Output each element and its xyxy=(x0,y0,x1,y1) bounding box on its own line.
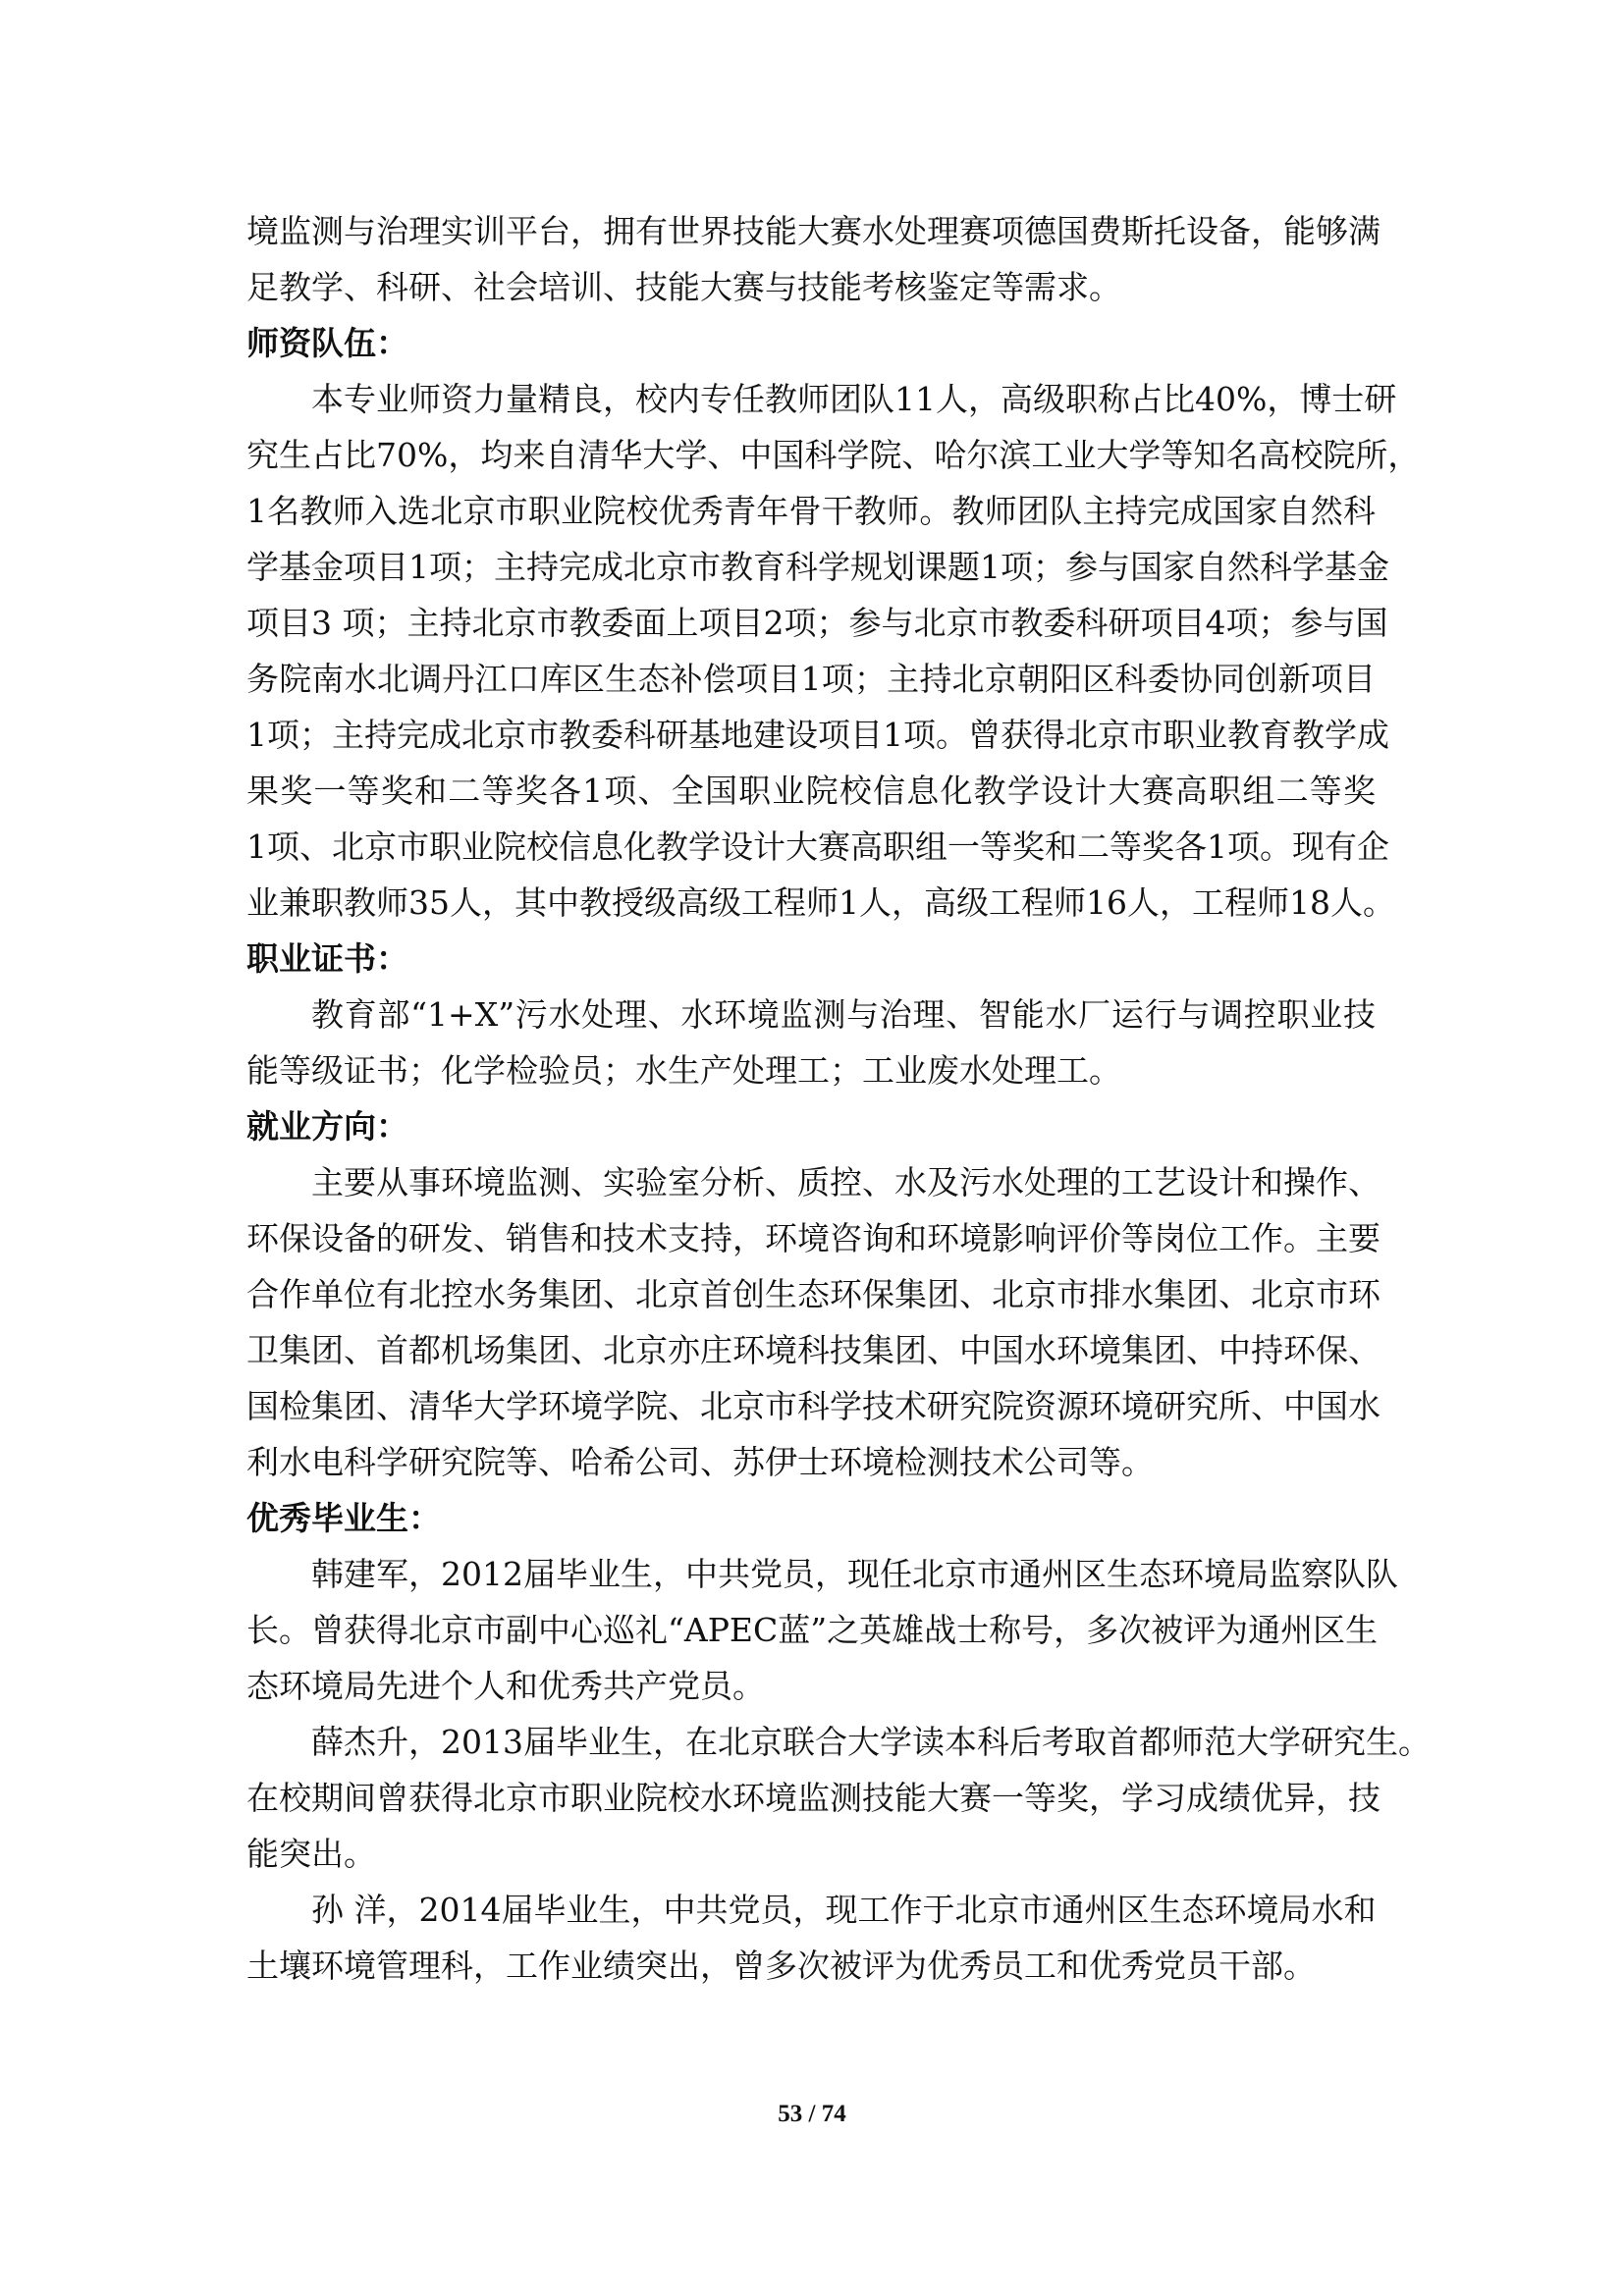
paragraph-line: 业兼职教师35人，其中教授级高级工程师1人，高级工程师16人，工程师18人。 xyxy=(246,875,1376,931)
paragraph-line: 孙 洋，2014届毕业生，中共党员，现工作于北京市通州区生态环境局水和 xyxy=(246,1882,1376,1938)
section-heading: 就业方向： xyxy=(246,1098,1376,1154)
graduate-paragraph-1: 韩建军，2012届毕业生，中共党员，现任北京市通州区生态环境局监察队队 长。曾获… xyxy=(246,1546,1376,1714)
certificates-paragraph: 教育部“1+X”污水处理、水环境监测与治理、智能水厂运行与调控职业技 能等级证书… xyxy=(246,987,1376,1098)
paragraph-line: 国检集团、清华大学环境学院、北京市科学技术研究院资源环境研究所、中国水 xyxy=(246,1378,1376,1434)
section-faculty: 师资队伍： 本专业师资力量精良，校内专任教师团队11人，高级职称占比40%，博士… xyxy=(246,315,1376,931)
section-employment: 就业方向： 主要从事环境监测、实验室分析、质控、水及污水处理的工艺设计和操作、 … xyxy=(246,1098,1376,1490)
paragraph-line: 在校期间曾获得北京市职业院校水环境监测技能大赛一等奖，学习成绩优异，技 xyxy=(246,1770,1376,1826)
paragraph-line: 务院南水北调丹江口库区生态补偿项目1项；主持北京朝阳区科委协同创新项目 xyxy=(246,651,1376,707)
paragraph-line: 主要从事环境监测、实验室分析、质控、水及污水处理的工艺设计和操作、 xyxy=(246,1154,1376,1210)
paragraph-line: 利水电科学研究院等、哈希公司、苏伊士环境检测技术公司等。 xyxy=(246,1434,1376,1490)
document-page: 境监测与治理实训平台，拥有世界技能大赛水处理赛项德国费斯托设备，能够满 足教学、… xyxy=(246,203,1376,1994)
section-graduates: 优秀毕业生： 韩建军，2012届毕业生，中共党员，现任北京市通州区生态环境局监察… xyxy=(246,1490,1376,1994)
paragraph-line: 项目3 项；主持北京市教委面上项目2项；参与北京市教委科研项目4项；参与国 xyxy=(246,595,1376,651)
paragraph-line: 环保设备的研发、销售和技术支持，环境咨询和环境影响评价等岗位工作。主要 xyxy=(246,1210,1376,1266)
section-heading: 优秀毕业生： xyxy=(246,1490,1376,1546)
section-certificates: 职业证书： 教育部“1+X”污水处理、水环境监测与治理、智能水厂运行与调控职业技… xyxy=(246,931,1376,1098)
paragraph-line: 薛杰升，2013届毕业生，在北京联合大学读本科后考取首都师范大学研究生。 xyxy=(246,1714,1376,1770)
paragraph-line: 教育部“1+X”污水处理、水环境监测与治理、智能水厂运行与调控职业技 xyxy=(246,987,1376,1042)
section-heading: 师资队伍： xyxy=(246,315,1376,371)
employment-paragraph: 主要从事环境监测、实验室分析、质控、水及污水处理的工艺设计和操作、 环保设备的研… xyxy=(246,1154,1376,1490)
paragraph-line: 卫集团、首都机场集团、北京亦庄环境科技集团、中国水环境集团、中持环保、 xyxy=(246,1322,1376,1378)
paragraph-line: 韩建军，2012届毕业生，中共党员，现任北京市通州区生态环境局监察队队 xyxy=(246,1546,1376,1602)
paragraph-line: 土壤环境管理科，工作业绩突出，曾多次被评为优秀员工和优秀党员干部。 xyxy=(246,1938,1376,1994)
paragraph-line: 果奖一等奖和二等奖各1项、全国职业院校信息化教学设计大赛高职组二等奖 xyxy=(246,763,1376,819)
paragraph-line: 合作单位有北控水务集团、北京首创生态环保集团、北京市排水集团、北京市环 xyxy=(246,1266,1376,1322)
paragraph-line: 境监测与治理实训平台，拥有世界技能大赛水处理赛项德国费斯托设备，能够满 xyxy=(246,203,1376,259)
paragraph-line: 能突出。 xyxy=(246,1826,1376,1882)
graduate-paragraph-2: 薛杰升，2013届毕业生，在北京联合大学读本科后考取首都师范大学研究生。 在校期… xyxy=(246,1714,1376,1882)
paragraph-line: 长。曾获得北京市副中心巡礼“APEC蓝”之英雄战士称号，多次被评为通州区生 xyxy=(246,1602,1376,1658)
paragraph-line: 能等级证书；化学检验员；水生产处理工；工业废水处理工。 xyxy=(246,1042,1376,1098)
paragraph-line: 1项、北京市职业院校信息化教学设计大赛高职组一等奖和二等奖各1项。现有企 xyxy=(246,819,1376,875)
paragraph-line: 态环境局先进个人和优秀共产党员。 xyxy=(246,1658,1376,1714)
graduate-paragraph-3: 孙 洋，2014届毕业生，中共党员，现工作于北京市通州区生态环境局水和 土壤环境… xyxy=(246,1882,1376,1994)
intro-paragraph: 境监测与治理实训平台，拥有世界技能大赛水处理赛项德国费斯托设备，能够满 足教学、… xyxy=(246,203,1376,315)
page-number: 53 / 74 xyxy=(0,2101,1624,2128)
paragraph-line: 1项；主持完成北京市教委科研基地建设项目1项。曾获得北京市职业教育教学成 xyxy=(246,707,1376,763)
paragraph-line: 究生占比70%，均来自清华大学、中国科学院、哈尔滨工业大学等知名高校院所， xyxy=(246,427,1376,483)
faculty-paragraph: 本专业师资力量精良，校内专任教师团队11人，高级职称占比40%，博士研 究生占比… xyxy=(246,371,1376,931)
paragraph-line: 学基金项目1项；主持完成北京市教育科学规划课题1项；参与国家自然科学基金 xyxy=(246,539,1376,595)
paragraph-line: 1名教师入选北京市职业院校优秀青年骨干教师。教师团队主持完成国家自然科 xyxy=(246,483,1376,539)
section-heading: 职业证书： xyxy=(246,931,1376,987)
paragraph-line: 本专业师资力量精良，校内专任教师团队11人，高级职称占比40%，博士研 xyxy=(246,371,1376,427)
paragraph-line: 足教学、科研、社会培训、技能大赛与技能考核鉴定等需求。 xyxy=(246,259,1376,315)
